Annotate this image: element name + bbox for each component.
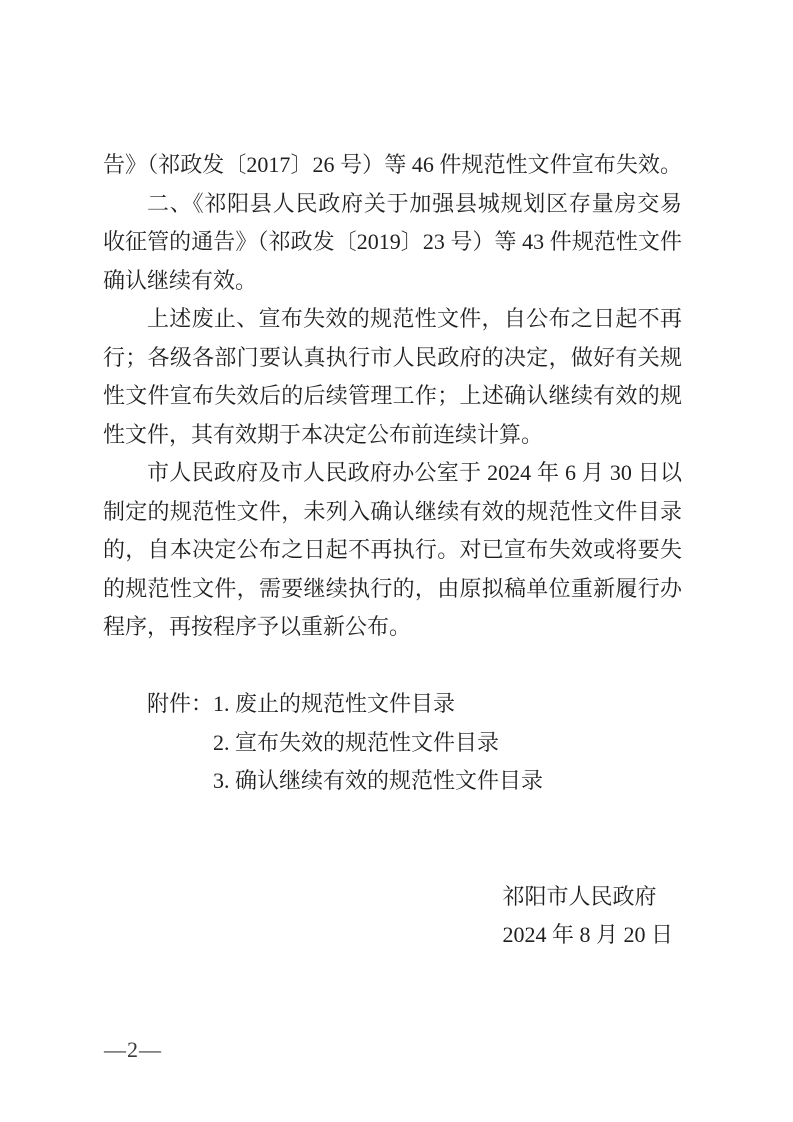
body-line: 告》（祁政发〔2017〕26 号）等 46 件规范性文件宣布失效。 [103, 146, 682, 185]
body-line: 性文件，其有效期于本决定公布前连续计算。 [103, 416, 682, 455]
blank-lines [103, 801, 682, 878]
document-body: 告》（祁政发〔2017〕26 号）等 46 件规范性文件宣布失效。 二、《祁阳县… [103, 146, 682, 955]
body-line: 确认继续有效。 [103, 262, 682, 301]
attachments-label: 附件： [147, 685, 213, 724]
signature-date: 2024 年 8 月 20 日 [502, 916, 673, 955]
body-line: 制定的规范性文件，未列入确认继续有效的规范性文件目录 [103, 493, 682, 532]
signature-issuer: 祁阳市人民政府 [502, 878, 673, 917]
body-line: 上述废止、宣布失效的规范性文件，自公布之日起不再执 [103, 300, 682, 339]
attachments-list: 1. 废止的规范性文件目录 2. 宣布失效的规范性文件目录 3. 确认继续有效的… [213, 685, 543, 801]
blank-line [103, 647, 682, 686]
page-number: —2— [104, 1037, 162, 1063]
attachments-block: 附件： 1. 废止的规范性文件目录 2. 宣布失效的规范性文件目录 3. 确认继… [103, 685, 682, 801]
body-line: 的，自本决定公布之日起不再执行。对已宣布失效或将要失效 [103, 531, 682, 570]
body-line: 市人民政府及市人民政府办公室于 2024 年 6 月 30 日以前 [103, 454, 682, 493]
body-line: 收征管的通告》（祁政发〔2019〕23 号）等 43 件规范性文件 [103, 223, 682, 262]
body-line: 的规范性文件，需要继续执行的，由原拟稿单位重新履行办文 [103, 570, 682, 609]
attachment-item: 3. 确认继续有效的规范性文件目录 [213, 762, 543, 801]
signature-block: 祁阳市人民政府 2024 年 8 月 20 日 [502, 878, 673, 955]
attachment-item: 2. 宣布失效的规范性文件目录 [213, 724, 543, 763]
attachment-item: 1. 废止的规范性文件目录 [213, 685, 543, 724]
document-page: 告》（祁政发〔2017〕26 号）等 46 件规范性文件宣布失效。 二、《祁阳县… [0, 0, 793, 1122]
body-line: 二、《祁阳县人民政府关于加强县城规划区存量房交易税 [103, 185, 682, 224]
body-line: 程序，再按程序予以重新公布。 [103, 608, 682, 647]
body-line: 行；各级各部门要认真执行市人民政府的决定，做好有关规范 [103, 339, 682, 378]
body-line: 性文件宣布失效后的后续管理工作；上述确认继续有效的规范 [103, 377, 682, 416]
